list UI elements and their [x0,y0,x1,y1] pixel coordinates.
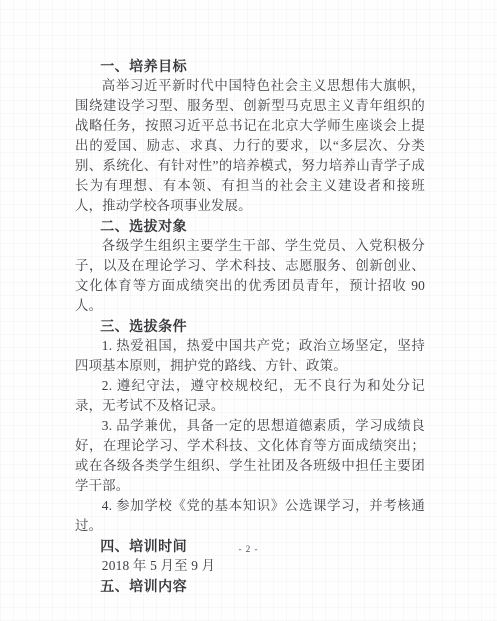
document-page: 一、培养目标 高举习近平新时代中国特色社会主义思想伟大旗帜，围绕建设学习型、服务… [0,0,497,621]
paragraph-selection-targets: 各级学生组织主要学生干部、学生党员、入党积极分子，以及在理论学习、学术科技、志愿… [75,236,425,316]
paragraph-training-time: 2018 年 5 月至 9 月 [75,556,425,576]
section-heading-training-goals: 一、培养目标 [75,56,425,76]
paragraph-criteria-item-3: 3. 品学兼优，具备一定的思想道德素质，学习成绩良好，在理论学习、学术科技、文化… [75,416,425,496]
paragraph-criteria-item-2: 2. 遵纪守法，遵守校规校纪，无不良行为和处分记录，无考试不及格记录。 [75,376,425,416]
document-content: 一、培养目标 高举习近平新时代中国特色社会主义思想伟大旗帜，围绕建设学习型、服务… [75,56,425,596]
section-heading-selection-criteria: 三、选拔条件 [75,316,425,336]
paragraph-criteria-item-1: 1. 热爱祖国，热爱中国共产党；政治立场坚定，坚持四项基本原则，拥护党的路线、方… [75,336,425,376]
section-heading-selection-targets: 二、选拔对象 [75,216,425,236]
paragraph-criteria-item-4: 4. 参加学校《党的基本知识》公选课学习，并考核通过。 [75,496,425,536]
section-heading-training-content: 五、培训内容 [75,576,425,596]
page-number: - 2 - [0,544,497,554]
paragraph-training-goals: 高举习近平新时代中国特色社会主义思想伟大旗帜，围绕建设学习型、服务型、创新型马克… [75,76,425,216]
